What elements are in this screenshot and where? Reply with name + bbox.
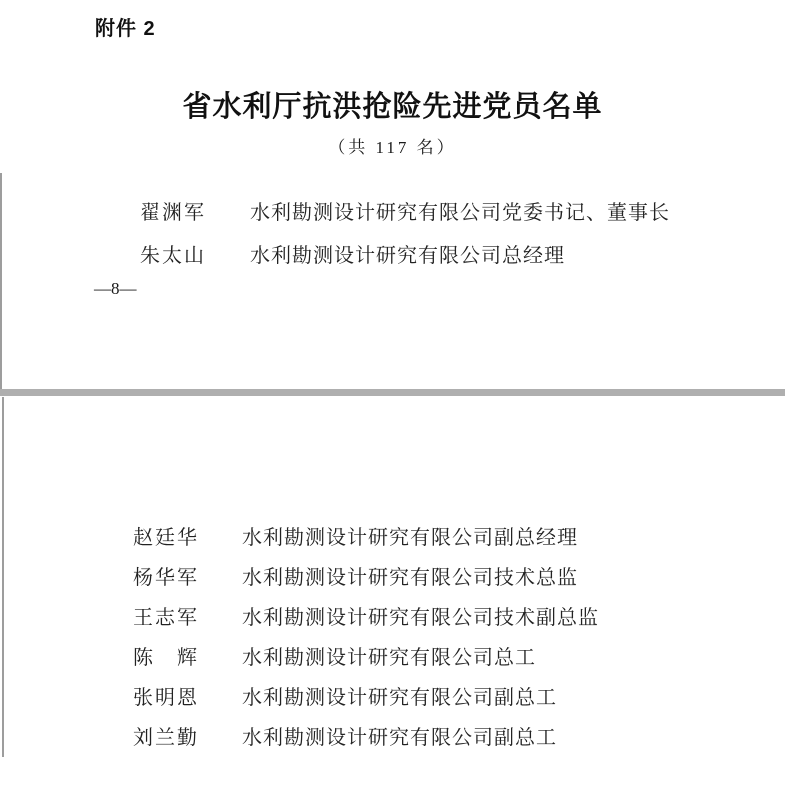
roster-row: 王志军水利勘测设计研究有限公司技术副总监 <box>0 606 785 646</box>
roster-page-2: 赵廷华水利勘测设计研究有限公司副总经理 杨华军水利勘测设计研究有限公司技术总监 … <box>0 526 785 766</box>
roster-row: 赵廷华水利勘测设计研究有限公司副总经理 <box>0 526 785 566</box>
person-position: 水利勘测设计研究有限公司副总工 <box>242 687 557 709</box>
roster-row: 杨华军水利勘测设计研究有限公司技术总监 <box>0 566 785 606</box>
person-name: 刘兰勤 <box>133 726 242 750</box>
person-name: 朱太山 <box>140 244 250 268</box>
person-position: 水利勘测设计研究有限公司技术副总监 <box>242 607 599 629</box>
roster-page-1: 翟渊军水利勘测设计研究有限公司党委书记、董事长 朱太山水利勘测设计研究有限公司总… <box>0 201 785 287</box>
roster-row: 翟渊军水利勘测设计研究有限公司党委书记、董事长 <box>0 201 785 244</box>
person-position: 水利勘测设计研究有限公司党委书记、董事长 <box>250 202 670 224</box>
person-name: 张明恩 <box>133 686 242 710</box>
person-position: 水利勘测设计研究有限公司副总工 <box>242 727 557 749</box>
person-position: 水利勘测设计研究有限公司总工 <box>242 647 536 669</box>
page-2: 赵廷华水利勘测设计研究有限公司副总经理 杨华军水利勘测设计研究有限公司技术总监 … <box>0 396 785 800</box>
page-1: 附件 2 省水利厅抗洪抢险先进党员名单 （共 117 名） 翟渊军水利勘测设计研… <box>0 0 785 389</box>
roster-row: 张明恩水利勘测设计研究有限公司副总工 <box>0 686 785 726</box>
page-separator <box>0 389 785 396</box>
person-position: 水利勘测设计研究有限公司总经理 <box>250 245 565 267</box>
person-name: 陈 辉 <box>133 646 242 670</box>
document-subtitle: （共 117 名） <box>0 133 785 158</box>
document-viewer: 附件 2 省水利厅抗洪抢险先进党员名单 （共 117 名） 翟渊军水利勘测设计研… <box>0 0 785 800</box>
page-number: —8— <box>94 279 137 299</box>
person-name: 杨华军 <box>133 566 242 590</box>
roster-row: 陈 辉水利勘测设计研究有限公司总工 <box>0 646 785 686</box>
person-name: 赵廷华 <box>133 526 242 550</box>
person-name: 王志军 <box>133 606 242 630</box>
person-name: 翟渊军 <box>140 201 250 225</box>
attachment-label: 附件 2 <box>95 12 156 41</box>
person-position: 水利勘测设计研究有限公司技术总监 <box>242 567 578 589</box>
person-position: 水利勘测设计研究有限公司副总经理 <box>242 527 578 549</box>
roster-row: 刘兰勤水利勘测设计研究有限公司副总工 <box>0 726 785 766</box>
document-title: 省水利厅抗洪抢险先进党员名单 <box>0 84 785 125</box>
